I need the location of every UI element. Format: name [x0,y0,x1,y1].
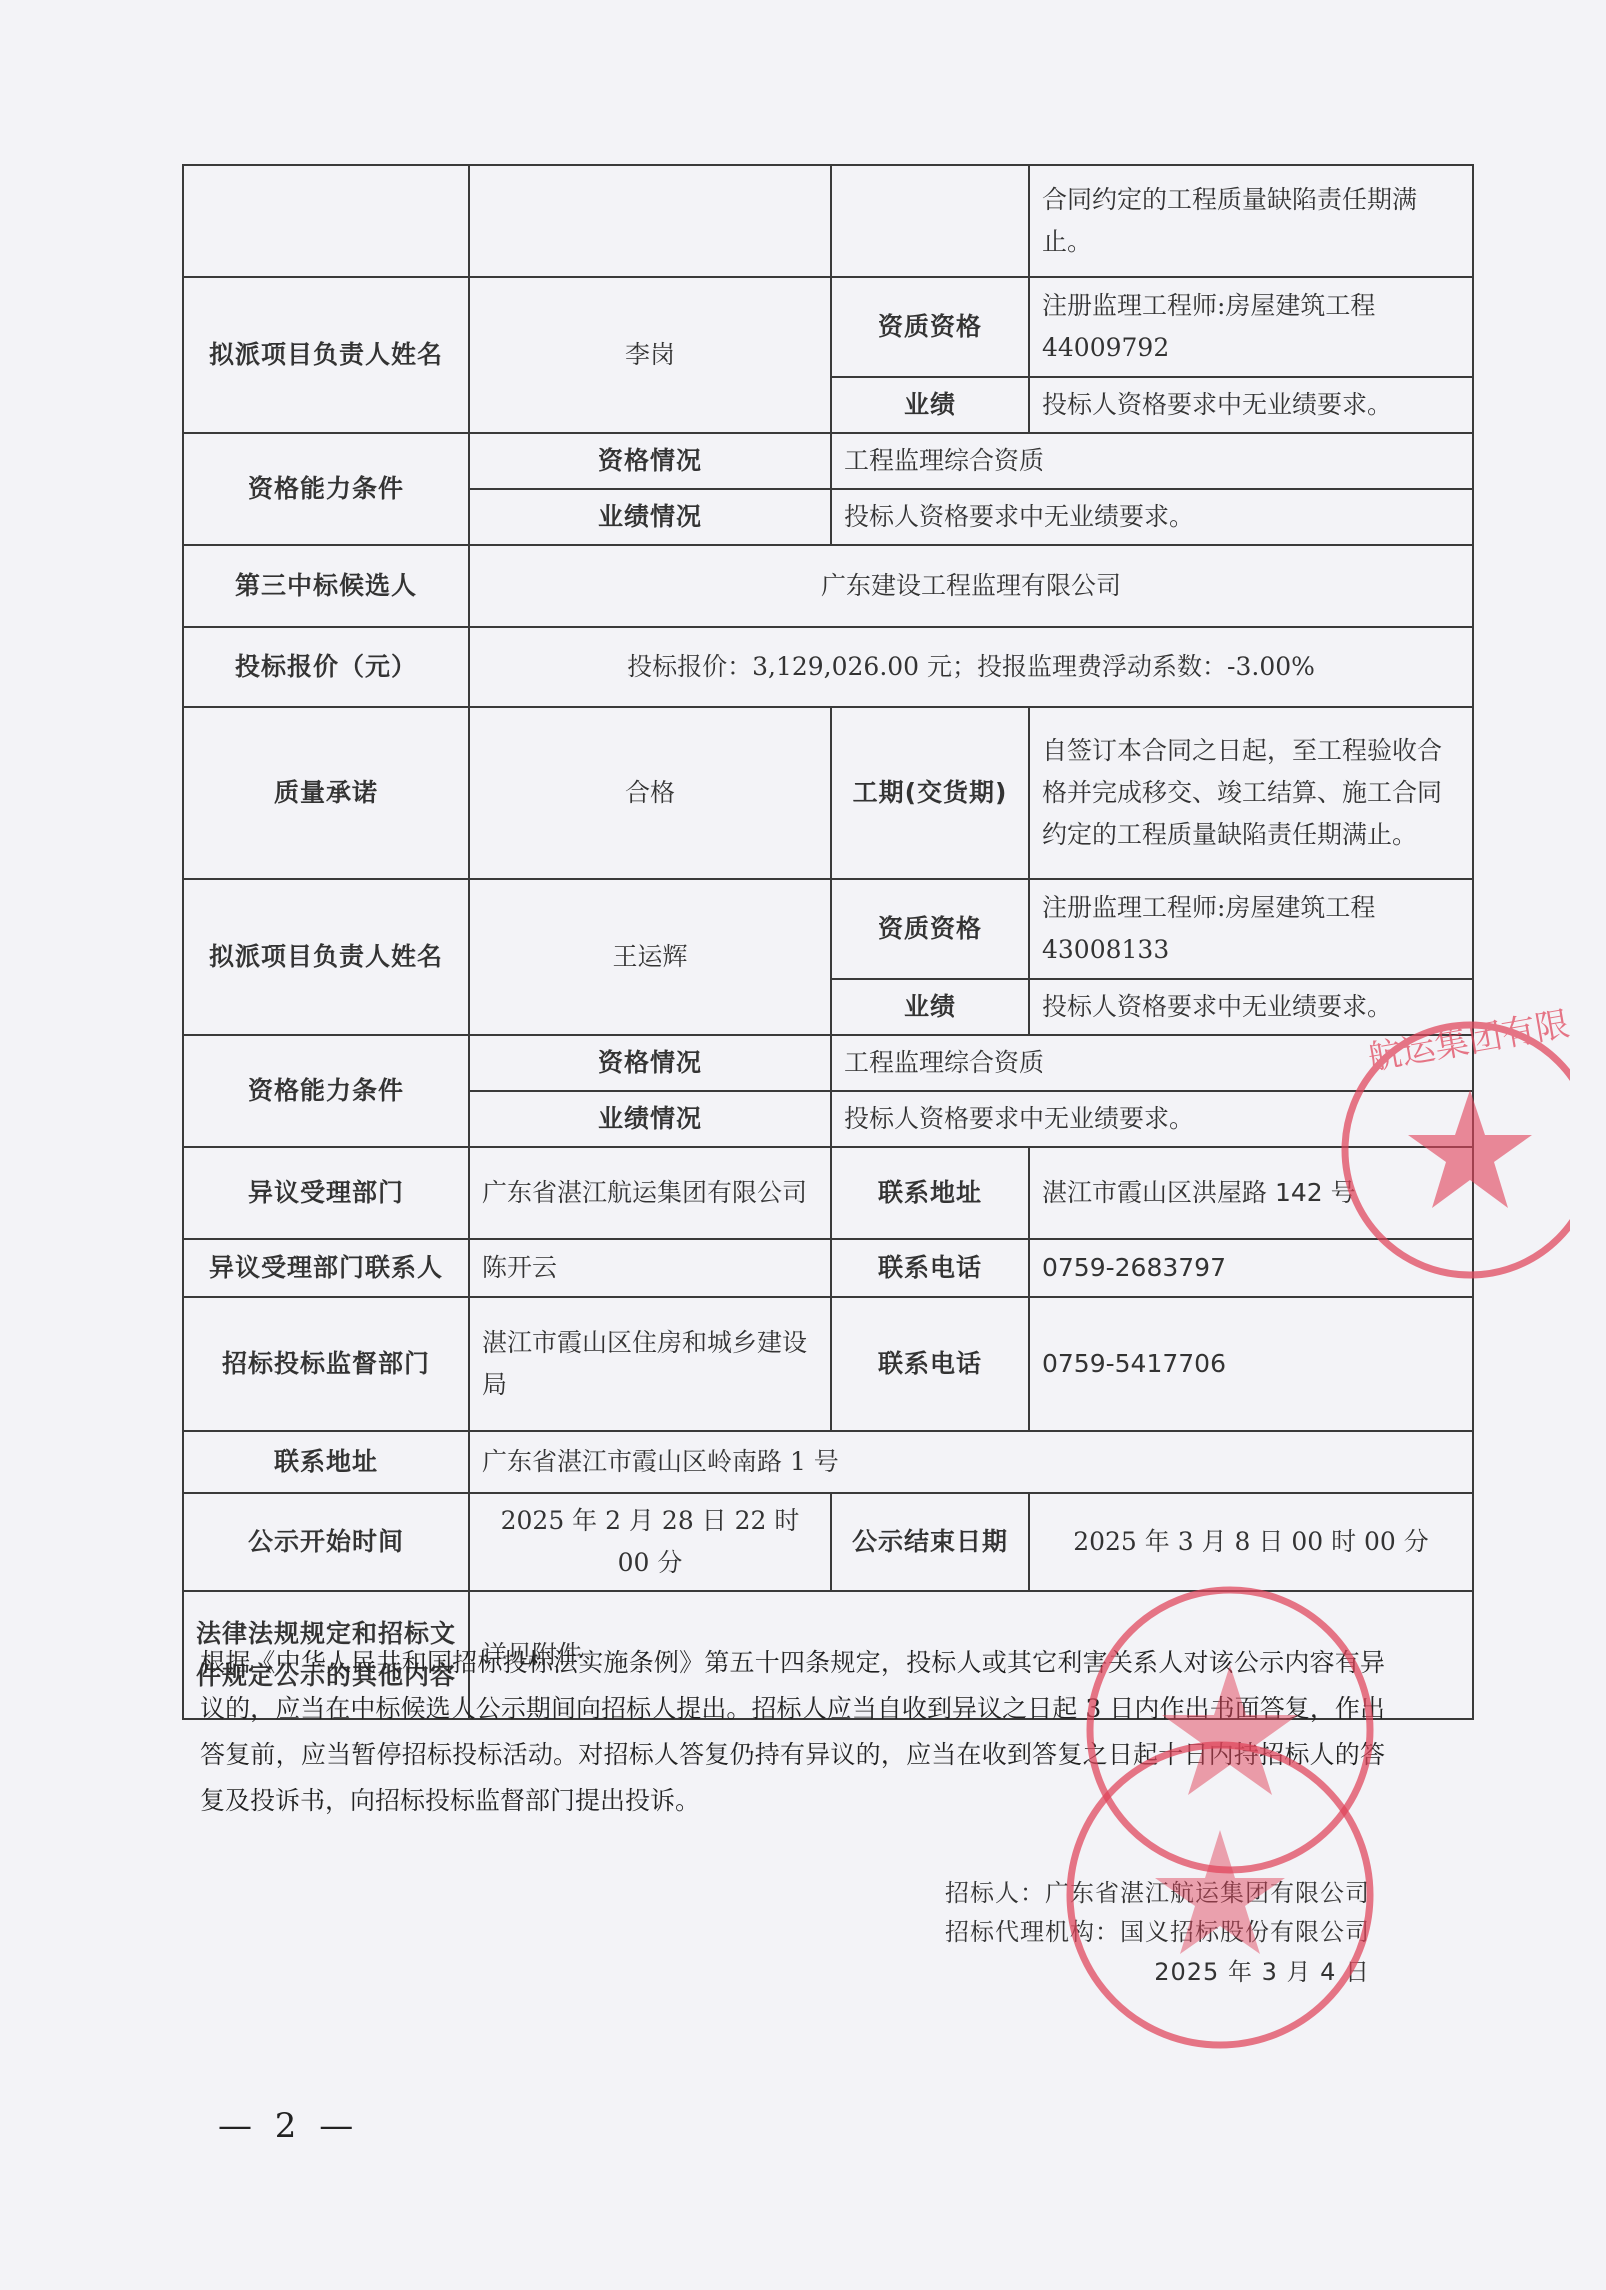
third-manager-name-value: 王运辉 [469,879,831,1035]
supervision-address-value: 广东省湛江市霞山区岭南路 1 号 [469,1431,1473,1493]
capability-qualification-value: 工程监理综合资质 [831,433,1473,489]
document-page: 合同约定的工程质量缺陷责任期满止。 拟派项目负责人姓名 李岗 资质资格 注册监理… [0,0,1606,2290]
table-row-third-manager: 拟派项目负责人姓名 王运辉 资质资格 注册监理工程师:房屋建筑工程 430081… [183,879,1473,979]
bid-candidate-table: 合同约定的工程质量缺陷责任期满止。 拟派项目负责人姓名 李岗 资质资格 注册监理… [182,164,1474,1720]
manager-name-label: 拟派项目负责人姓名 [183,277,469,433]
publicity-end-value: 2025 年 3 月 8 日 00 时 00 分 [1029,1493,1473,1591]
table-row-manager: 拟派项目负责人姓名 李岗 资质资格 注册监理工程师:房屋建筑工程 4400979… [183,277,1473,377]
third-capability-performance-value: 投标人资格要求中无业绩要求。 [831,1091,1473,1147]
table-row-third-capability: 资格能力条件 资格情况 工程监理综合资质 [183,1035,1473,1091]
third-qualification-label: 资质资格 [831,879,1029,979]
qualification-value: 注册监理工程师:房屋建筑工程 44009792 [1029,277,1473,377]
table-row-publicity-period: 公示开始时间 2025 年 2 月 28 日 22 时 00 分 公示结束日期 … [183,1493,1473,1591]
quality-value: 合格 [469,707,831,879]
signature-date: 2025 年 3 月 4 日 [1154,1952,1370,1987]
objection-dept-value: 广东省湛江航运集团有限公司 [469,1147,831,1239]
empty-cell [831,165,1029,277]
table-row-objection-contact: 异议受理部门联系人 陈开云 联系电话 0759-2683797 [183,1239,1473,1297]
objection-address-value: 湛江市霞山区洪屋路 142 号 [1029,1147,1473,1239]
table-row-bid-price: 投标报价（元） 投标报价：3,129,026.00 元；投报监理费浮动系数：-3… [183,627,1473,707]
objection-notice-paragraph: 根据《中华人民共和国招标投标法实施条例》第五十四条规定，投标人或其它利害关系人对… [200,1640,1385,1824]
third-performance-label: 业绩 [831,979,1029,1035]
publicity-end-label: 公示结束日期 [831,1493,1029,1591]
capability-label: 资格能力条件 [183,433,469,545]
bid-price-value: 投标报价：3,129,026.00 元；投报监理费浮动系数：-3.00% [469,627,1473,707]
table-row-supervision-address: 联系地址 广东省湛江市霞山区岭南路 1 号 [183,1431,1473,1493]
supervision-dept-value: 湛江市霞山区住房和城乡建设局 [469,1297,831,1431]
performance-value: 投标人资格要求中无业绩要求。 [1029,377,1473,433]
tenderer-signature: 招标人：广东省湛江航运集团有限公司 [945,1873,1370,1908]
table-row-continuation: 合同约定的工程质量缺陷责任期满止。 [183,165,1473,277]
supervision-address-label: 联系地址 [183,1431,469,1493]
objection-contact-label: 异议受理部门联系人 [183,1239,469,1297]
table-row-objection-dept: 异议受理部门 广东省湛江航运集团有限公司 联系地址 湛江市霞山区洪屋路 142 … [183,1147,1473,1239]
performance-label: 业绩 [831,377,1029,433]
table-row-third-candidate: 第三中标候选人 广东建设工程监理有限公司 [183,545,1473,627]
third-qualification-value: 注册监理工程师:房屋建筑工程 43008133 [1029,879,1473,979]
empty-cell [469,165,831,277]
page-number: — 2 — [218,2106,359,2146]
supervision-phone-value: 0759-5417706 [1029,1297,1473,1431]
empty-cell [183,165,469,277]
third-capability-qualification-value: 工程监理综合资质 [831,1035,1473,1091]
capability-performance-label: 业绩情况 [469,489,831,545]
objection-dept-label: 异议受理部门 [183,1147,469,1239]
third-capability-performance-label: 业绩情况 [469,1091,831,1147]
agency-signature: 招标代理机构：国义招标股份有限公司 [945,1912,1370,1947]
supervision-phone-label: 联系电话 [831,1297,1029,1431]
publicity-start-value: 2025 年 2 月 28 日 22 时 00 分 [469,1493,831,1591]
qualification-label: 资质资格 [831,277,1029,377]
period-value: 自签订本合同之日起，至工程验收合格并完成移交、竣工结算、施工合同约定的工程质量缺… [1029,707,1473,879]
period-continuation-value: 合同约定的工程质量缺陷责任期满止。 [1029,165,1473,277]
table-row-capability: 资格能力条件 资格情况 工程监理综合资质 [183,433,1473,489]
bid-price-label: 投标报价（元） [183,627,469,707]
third-manager-name-label: 拟派项目负责人姓名 [183,879,469,1035]
period-label: 工期(交货期) [831,707,1029,879]
objection-phone-value: 0759-2683797 [1029,1239,1473,1297]
manager-name-value: 李岗 [469,277,831,433]
objection-contact-value: 陈开云 [469,1239,831,1297]
objection-phone-label: 联系电话 [831,1239,1029,1297]
capability-qualification-label: 资格情况 [469,433,831,489]
third-candidate-value: 广东建设工程监理有限公司 [469,545,1473,627]
supervision-dept-label: 招标投标监督部门 [183,1297,469,1431]
publicity-start-label: 公示开始时间 [183,1493,469,1591]
table-row-quality: 质量承诺 合格 工期(交货期) 自签订本合同之日起，至工程验收合格并完成移交、竣… [183,707,1473,879]
table-row-supervision-dept: 招标投标监督部门 湛江市霞山区住房和城乡建设局 联系电话 0759-541770… [183,1297,1473,1431]
third-capability-label: 资格能力条件 [183,1035,469,1147]
objection-address-label: 联系地址 [831,1147,1029,1239]
quality-label: 质量承诺 [183,707,469,879]
capability-performance-value: 投标人资格要求中无业绩要求。 [831,489,1473,545]
third-performance-value: 投标人资格要求中无业绩要求。 [1029,979,1473,1035]
third-candidate-label: 第三中标候选人 [183,545,469,627]
third-capability-qualification-label: 资格情况 [469,1035,831,1091]
